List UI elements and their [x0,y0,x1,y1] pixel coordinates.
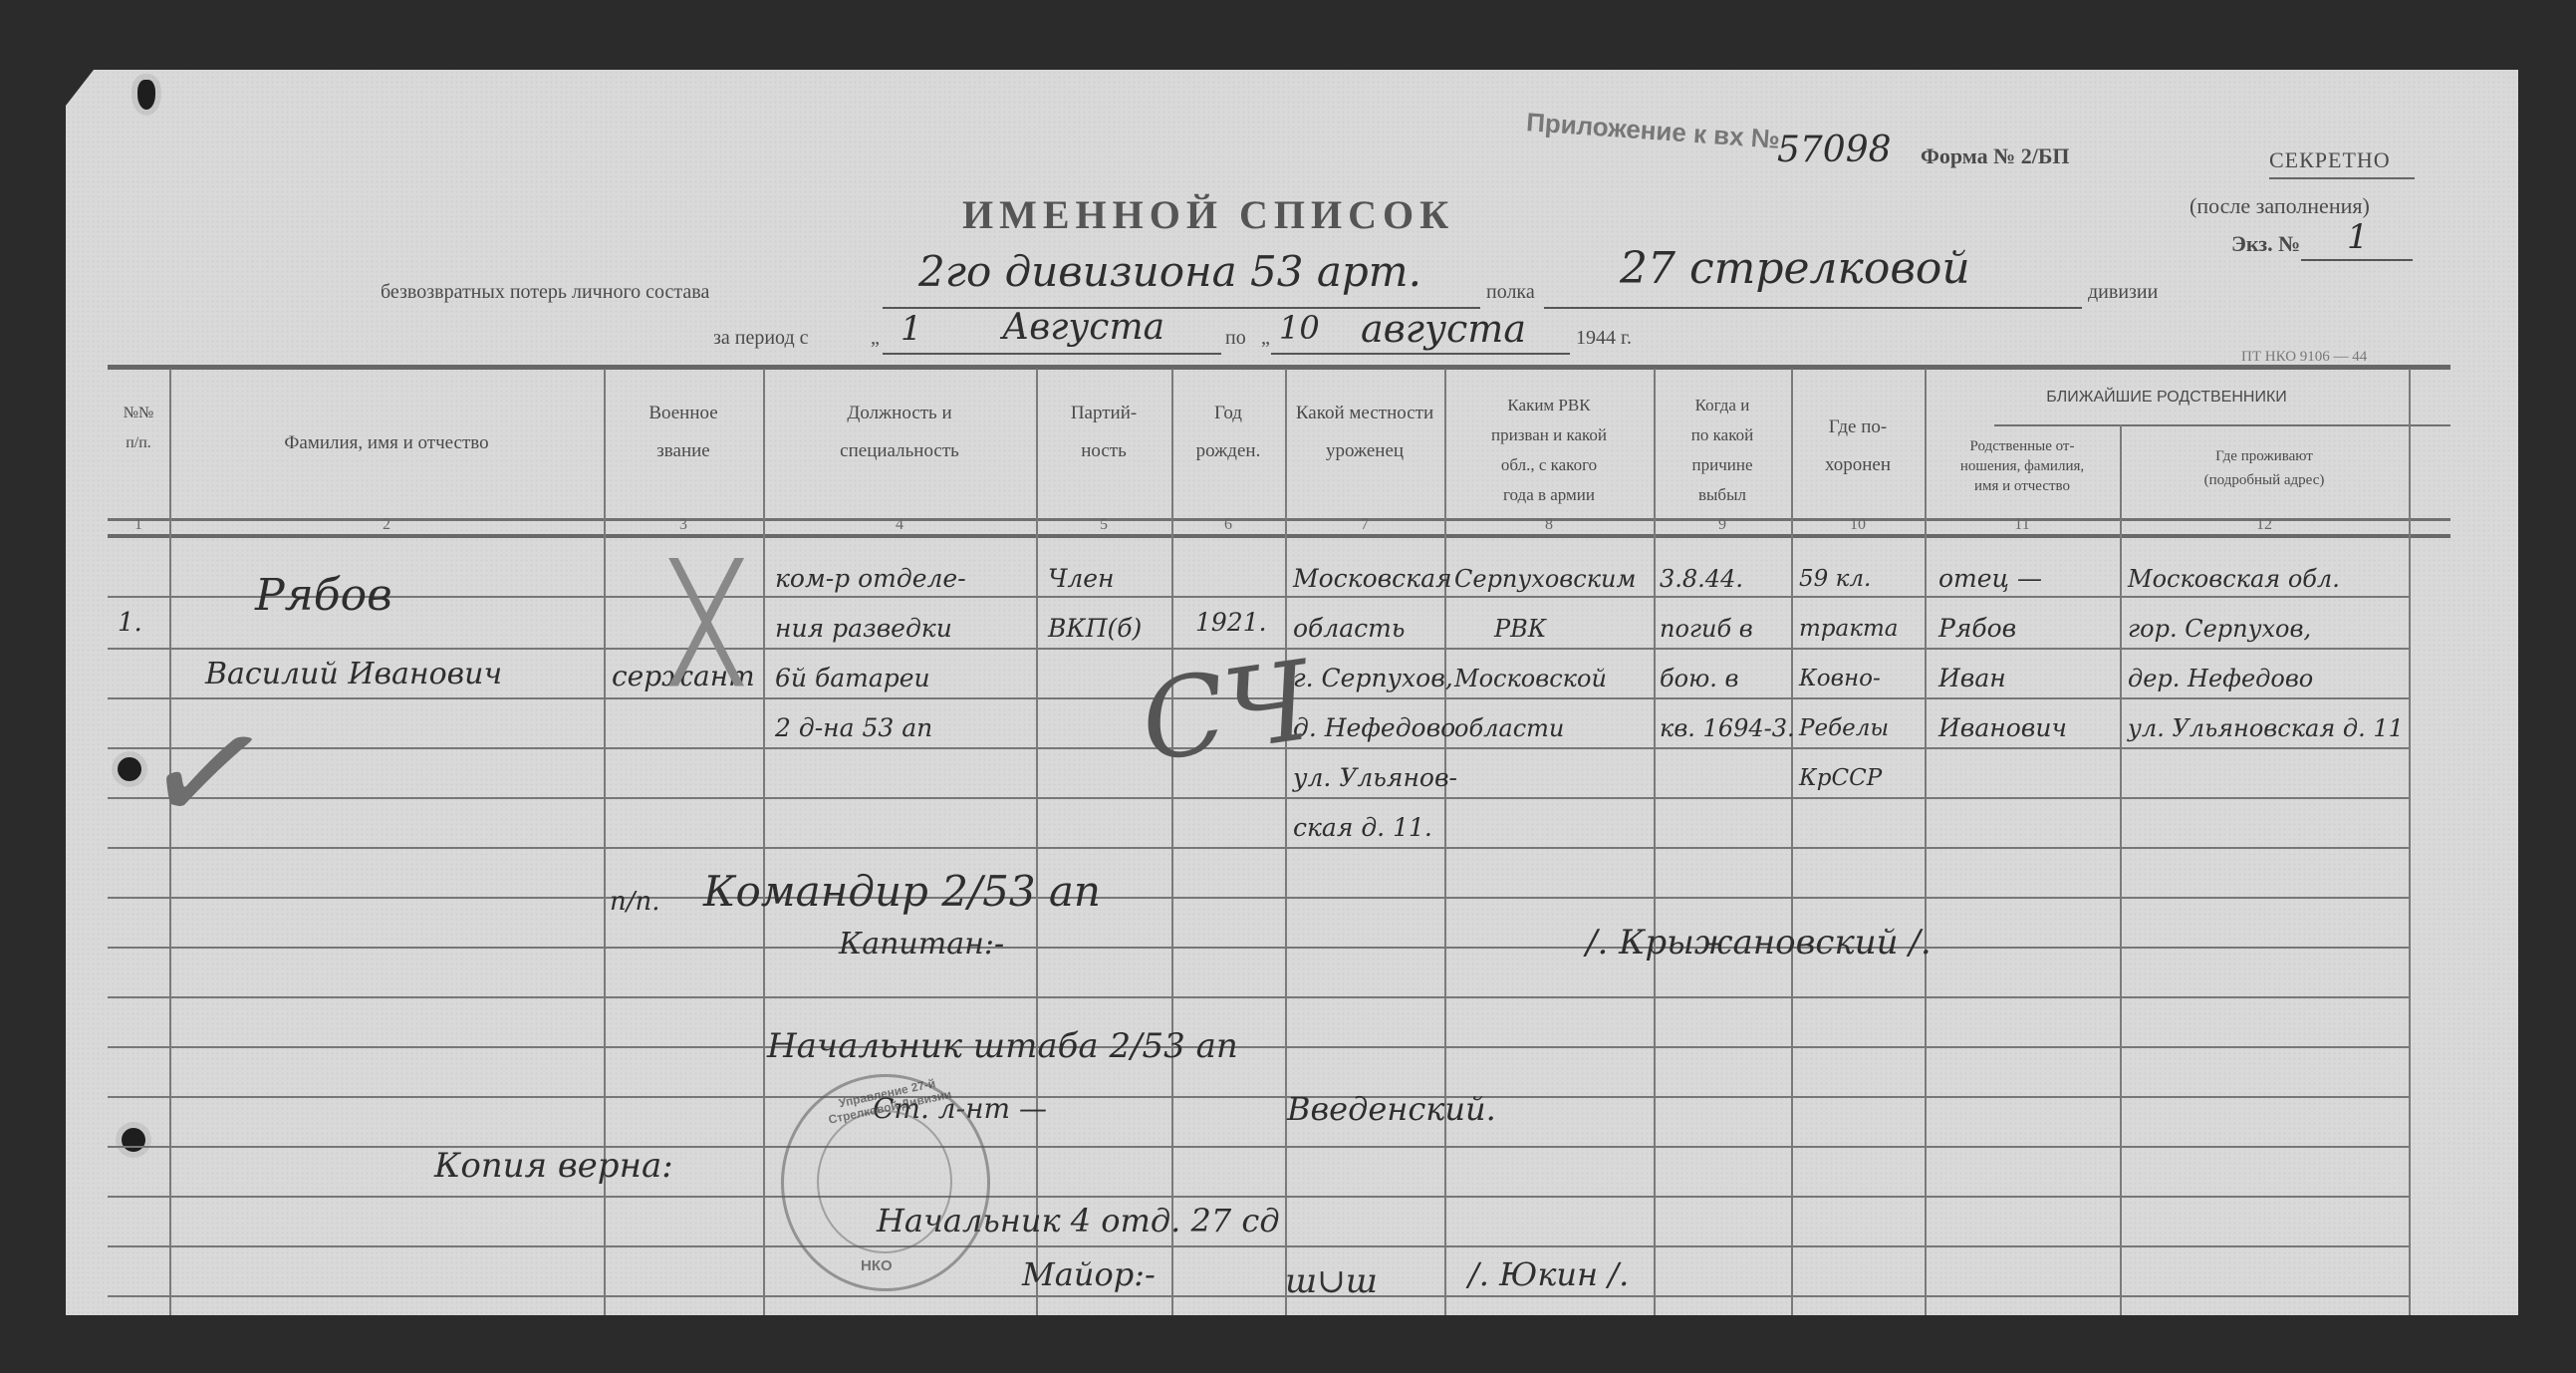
col-header-1-line2: п/п. [108,428,169,458]
row-rule [108,897,2409,899]
col-num-10: 10 [1791,516,1925,534]
relative-cell: отец — Рябов Иван Иванович [1938,554,2067,753]
col-header-10-line2: хоронен [1791,446,1925,484]
row-rule [108,947,2409,949]
burial-line: Ребелы [1799,703,1899,753]
document-sheet: Приложение к вх № 57098 Форма № 2/БП СЕК… [66,70,2518,1315]
col-divider-5 [1171,369,1173,1315]
col-header-9-line4: выбыл [1654,480,1791,510]
certified-copy-note: Копия верна: [434,1146,673,1186]
period-to-label: по [1225,327,1246,350]
col-header-12-line2: (подробный адрес) [2120,468,2409,492]
secrecy-label: СЕКРЕТНО [2269,147,2391,173]
dept-head-flourish: ɯ∪ɯ [1285,1261,1378,1301]
period-from-month: Августа [1002,307,1164,348]
birthplace-line: г. Серпухов, [1293,654,1457,703]
address-line: гор. Серпухов, [2128,604,2404,654]
dept-head-rank: Майор:- [1022,1255,1156,1293]
commander-signature: /. Крыжановский /. [1586,923,1932,962]
regiment-label: полка [1486,281,1535,304]
relative-line: отец — [1938,554,2067,604]
col-header-5: Партий- ность [1036,395,1171,470]
burial-line: КрССР [1799,753,1899,803]
position-line: 2 д-на 53 ап [775,703,966,753]
relatives-header: БЛИЖАЙШИЕ РОДСТВЕННИКИ [1925,379,2409,416]
archive-stamp: Приложение к вх № [1525,107,1781,155]
col-header-9-line3: причине [1654,450,1791,480]
row-rule [108,996,2409,998]
relative-line: Рябов [1938,604,2067,654]
period-from-day: 1 [901,309,922,349]
burial-cell: 59 кл. тракта Ковно- Ребелы КрССР [1799,554,1899,803]
chief-of-staff-signature: Введенский. [1287,1090,1496,1128]
col-header-7-line2: уроженец [1285,432,1444,470]
row-rule [108,1196,2409,1198]
col-header-3-line1: Военное [604,395,763,432]
losses-label: безвозвратных потерь личного состава [381,281,709,304]
col-num-11: 11 [1925,516,2120,534]
row-rule [108,1046,2409,1048]
rvk-cell: Серпуховским РВК Московской области [1454,554,1636,753]
col-num-1: 1 [108,516,169,534]
col-header-2: Фамилия, имя и отчество [169,424,604,462]
page-title: ИМЕННОЙ СПИСОК [962,191,1454,238]
col-header-7: Какой местности уроженец [1285,395,1444,470]
rvk-line: Серпуховским [1454,554,1636,604]
rvk-line: Московской [1454,654,1636,703]
col-num-5: 5 [1036,516,1171,534]
col-header-11-line1: Родственные от- [1925,436,2120,456]
col-header-12: Где проживают (подробный адрес) [2120,444,2409,492]
col-header-8-line1: Каким РВК [1444,391,1654,420]
archive-stamp-text: Приложение к вх № [1525,107,1781,154]
relative-line: Иван [1938,654,2067,703]
year-label: 1944 г. [1576,327,1632,350]
col-divider-10 [1925,369,1927,1315]
division-value: 27 стрелковой [1620,243,1970,294]
copy-underline [2301,259,2413,261]
chief-of-staff-title: Начальник штаба 2/53 ап [767,1026,1238,1066]
col-header-1-line1: №№ [108,399,169,428]
col-num-6: 6 [1171,516,1285,534]
burial-line: тракта [1799,604,1899,654]
relative-line: Иванович [1938,703,2067,753]
party-cell: Член ВКП(б) [1048,554,1142,654]
col-num-12: 12 [2120,516,2409,534]
commander-prefix: п/п. [610,887,660,917]
col-header-11-line2: ношения, фамилия, [1925,456,2120,476]
period-to-underline [1271,353,1570,355]
col-header-3-line2: звание [604,432,763,470]
col-header-4-line2: специальность [763,432,1036,470]
quote-open-2: „ [1261,327,1270,350]
seal-bottom-text: НКО [861,1257,893,1274]
col-header-5-line1: Партий- [1036,395,1171,432]
birthplace-cell: Московская область г. Серпухов, д. Нефед… [1293,554,1457,853]
col-header-12-line1: Где проживают [2120,444,2409,468]
given-name-patronymic: Василий Иванович [205,660,502,689]
address-line: Московская обл. [2128,554,2404,604]
check-mark-icon: ✓ [131,678,285,870]
col-header-6: Год рожден. [1171,395,1285,470]
col-divider-12 [2409,369,2411,1315]
cross-mark-icon: ╳ [673,558,739,686]
dept-head-signature: /. Юкин /. [1468,1255,1629,1293]
position-line: ния разведки [775,604,966,654]
col-divider-6 [1285,369,1287,1315]
col-header-10-line1: Где по- [1791,409,1925,446]
col-num-3: 3 [604,516,763,534]
col-num-9: 9 [1654,516,1791,534]
col-header-8: Каким РВК призван и какой обл., с какого… [1444,391,1654,510]
burial-line: Ковно- [1799,654,1899,703]
col-num-4: 4 [763,516,1036,534]
copy-value: 1 [2347,217,2369,257]
reason-cell: 3.8.44. погиб в бою. в кв. 1694-3. [1660,554,1795,753]
address-line: ул. Ульяновская д. 11 [2128,703,2404,753]
address-cell: Московская обл. гор. Серпухов, дер. Нефе… [2128,554,2404,753]
rvk-line: РВК [1454,604,1636,654]
col-divider-3 [763,369,765,1315]
col-num-7: 7 [1285,516,1444,534]
division-underline [1544,307,2082,309]
form-number: Форма № 2/БП [1921,143,2070,169]
birthplace-line: д. Нефедово [1293,703,1457,753]
archive-number: 57098 [1777,130,1892,170]
rvk-line: области [1454,703,1636,753]
birth-year: 1921. [1195,608,1267,638]
col-header-11: Родственные от- ношения, фамилия, имя и … [1925,436,2120,496]
col-divider-11 [2120,424,2122,1315]
col-header-9-line1: Когда и [1654,391,1791,420]
print-code: ПТ НКО 9106 — 44 [2241,349,2367,366]
row-rule [108,1245,2409,1247]
position-line: ком-р отделе- [775,554,966,604]
punch-hole-middle [118,757,141,781]
initials-mark: СЧ [1134,637,1318,786]
col-header-8-line3: обл., с какого [1444,450,1654,480]
commander-rank: Капитан:- [839,927,1004,961]
surname: Рябов [255,570,392,621]
period-to-month: августа [1361,307,1526,351]
birthplace-line: ская д. 11. [1293,803,1457,853]
col-header-6-line1: Год [1171,395,1285,432]
official-seal-inner-ring [817,1110,952,1253]
period-from-underline [883,353,1221,355]
reason-line: 3.8.44. [1660,554,1795,604]
col-header-8-line4: года в армии [1444,480,1654,510]
col-header-1: №№ п/п. [108,399,169,458]
division-label: дивизии [2088,281,2158,304]
secrecy-underline [2269,177,2415,179]
period-to-day: 10 [1279,309,1320,347]
copy-label: Экз. № [2231,231,2300,257]
col-header-10: Где по- хоронен [1791,409,1925,484]
col-header-4: Должность и специальность [763,395,1036,470]
col-num-2: 2 [169,516,604,534]
position-cell: ком-р отделе- ния разведки 6й батареи 2 … [775,554,966,753]
col-header-6-line2: рожден. [1171,432,1285,470]
punch-hole-lower [122,1128,145,1152]
col-header-11-line3: имя и отчество [1925,476,2120,496]
party-line: ВКП(б) [1048,604,1142,654]
reason-line: погиб в [1660,604,1795,654]
row-rule [108,797,2409,799]
table-top-border [108,365,2450,370]
position-line: 6й батареи [775,654,966,703]
commander-title: Командир 2/53 ап [703,867,1101,916]
punch-hole-top [137,80,155,110]
address-line: дер. Нефедово [2128,654,2404,703]
col-header-9: Когда и по какой причине выбыл [1654,391,1791,510]
row-rule [108,847,2409,849]
row-rule [108,1096,2409,1098]
birthplace-line: область [1293,604,1457,654]
colnum-bottom-border [108,534,2450,538]
col-header-3: Военное звание [604,395,763,470]
col-divider-9 [1791,369,1793,1315]
row-number: 1. [118,608,142,638]
burial-line: 59 кл. [1799,554,1899,604]
reason-line: кв. 1694-3. [1660,703,1795,753]
col-divider-4 [1036,369,1038,1315]
reason-line: бою. в [1660,654,1795,703]
col-header-8-line2: призван и какой [1444,420,1654,450]
party-line: Член [1048,554,1142,604]
after-filling-label: (после заполнения) [2190,193,2370,219]
col-header-5-line2: ность [1036,432,1171,470]
col-header-9-line2: по какой [1654,420,1791,450]
period-label: за период с [713,327,809,350]
col-num-8: 8 [1444,516,1654,534]
col-divider-8 [1654,369,1656,1315]
birthplace-line: Московская [1293,554,1457,604]
col-header-4-line1: Должность и [763,395,1036,432]
row-rule [108,1295,2409,1297]
relatives-divider [1994,424,2450,426]
quote-open-1: „ [871,327,880,350]
unit-value: 2го дивизиона 53 арт. [918,247,1421,296]
col-header-7-line1: Какой местности [1285,395,1444,432]
